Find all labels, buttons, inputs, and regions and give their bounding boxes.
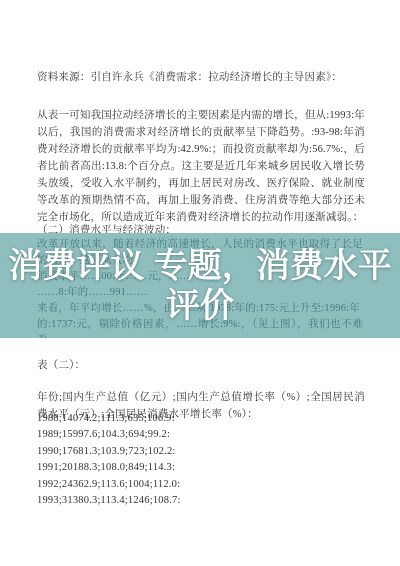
- table-row: 1992;24362.9;113.6;1004;112.0:: [37, 477, 365, 493]
- body-paragraph: 从表一可知我国拉动经济增长的主要因素是内需的增长，但从:1993:年以后，我国的…: [37, 107, 365, 226]
- table-row: 1988;14074.2;111.3;635;106.9:: [37, 411, 365, 427]
- table-data-rows: 1988;14074.2;111.3;635;106.9: 1989;15997…: [37, 411, 365, 509]
- table-caption: 表（二）：: [37, 357, 365, 374]
- title-banner: 改革开放以来，随着经济的高速增长，人民的消费水平也取得了长足的增长，这可从人均 …: [0, 233, 400, 338]
- table-row: 1991;20188.3;108.0;849;114.3:: [37, 460, 365, 476]
- source-citation-line: 资料来源：引自许永兵《消费需求：拉动经济增长的主导因素》：: [37, 69, 365, 86]
- table-row: 1989;15997.6;104.3;694;99.2:: [37, 427, 365, 443]
- table-row: 1990;17681.3;103.9;723;102.2:: [37, 444, 365, 460]
- table-row: 1993;31380.3;113.4;1246;108.7:: [37, 493, 365, 509]
- document-page: { "document": { "source_line": "资料来源：引自许…: [0, 0, 400, 566]
- banner-overlay-title: 消费评议 专题，消费水平评价: [0, 233, 400, 338]
